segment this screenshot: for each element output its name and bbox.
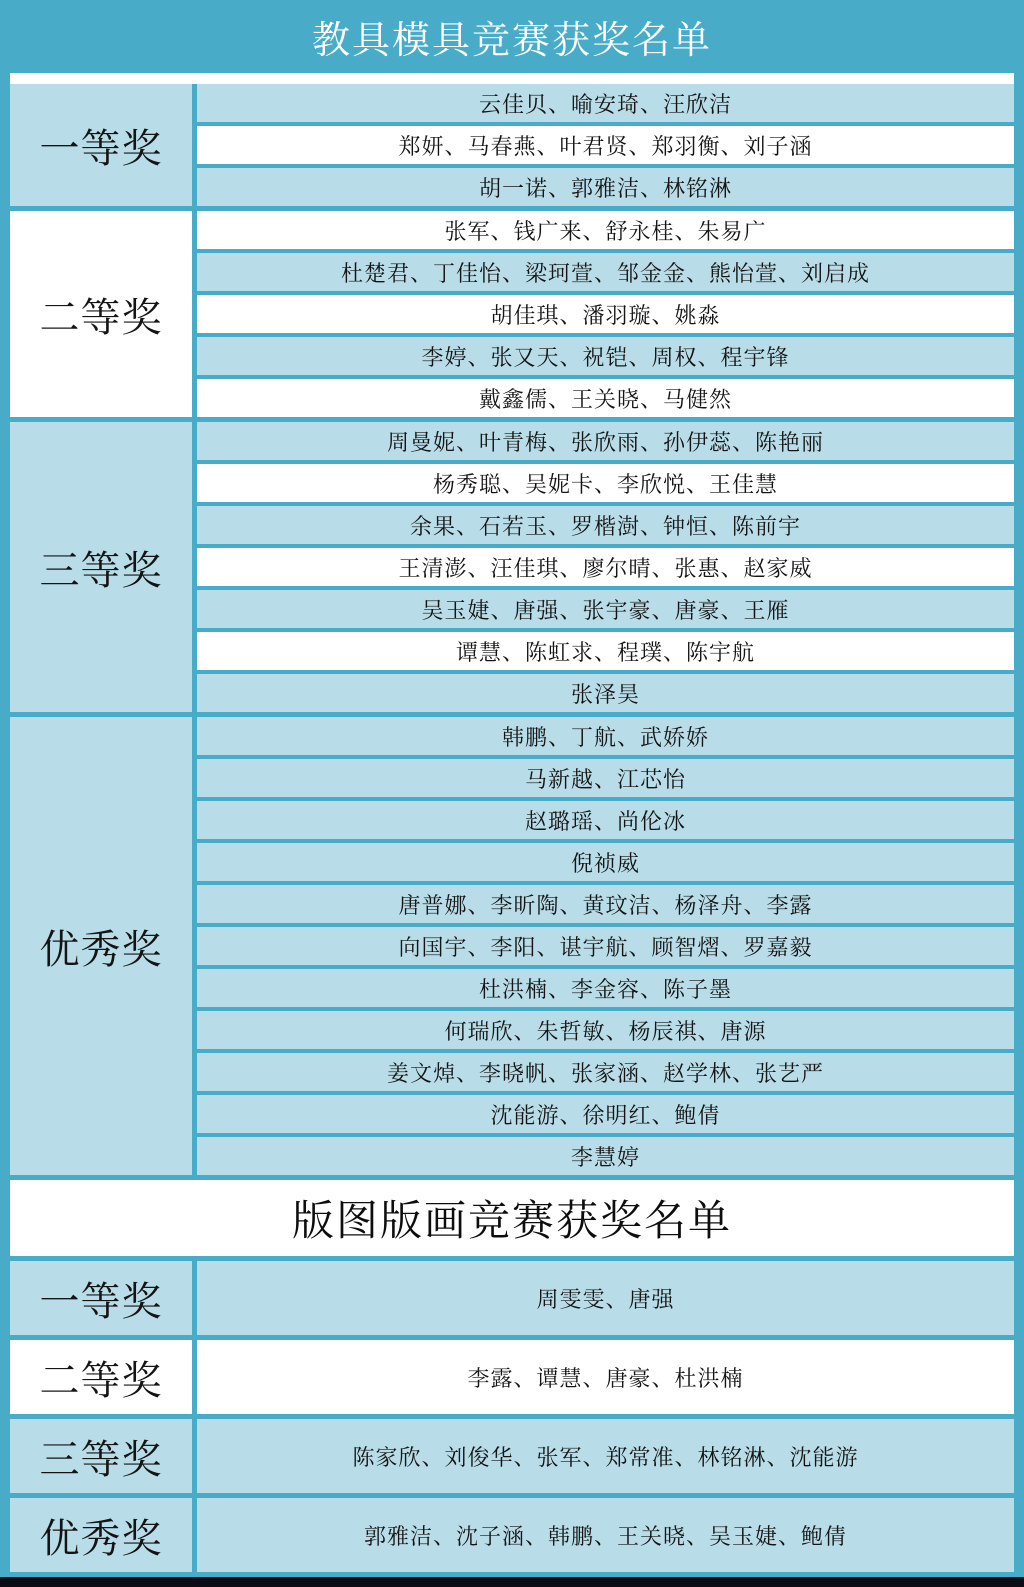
prize-section: 三等奖陈家欣、刘俊华、张军、郑常准、林铭淋、沈能游 [10,1419,1014,1493]
table-row: 沈能游、徐明红、鲍倩 [197,1095,1014,1133]
prize-section: 二等奖张军、钱广来、舒永桂、朱易广杜楚君、丁佳怡、梁珂萱、邹金金、熊怡萱、刘启成… [10,211,1014,417]
table-row: 杜洪楠、李金容、陈子墨 [197,969,1014,1007]
prize-section: 优秀奖郭雅洁、沈子涵、韩鹏、王关晓、吴玉婕、鲍倩 [10,1498,1014,1572]
prize-label: 优秀奖 [10,1498,192,1572]
table-row: 王清澎、汪佳琪、廖尔晴、张惠、赵家威 [197,548,1014,586]
table-1-body: 一等奖云佳贝、喻安琦、汪欣洁郑妍、马春燕、叶君贤、郑羽衡、刘子涵胡一诺、郭雅洁、… [10,84,1014,1175]
prize-label: 二等奖 [10,1340,192,1414]
table-row: 郭雅洁、沈子涵、韩鹏、王关晓、吴玉婕、鲍倩 [197,1498,1014,1572]
names-column: 李露、谭慧、唐豪、杜洪楠 [197,1340,1014,1414]
table-row: 赵璐瑶、尚伦冰 [197,801,1014,839]
table-row: 李婷、张又天、祝铠、周权、程宇锋 [197,337,1014,375]
table-row: 倪祯威 [197,843,1014,881]
names-column: 郭雅洁、沈子涵、韩鹏、王关晓、吴玉婕、鲍倩 [197,1498,1014,1572]
names-column: 云佳贝、喻安琦、汪欣洁郑妍、马春燕、叶君贤、郑羽衡、刘子涵胡一诺、郭雅洁、林铭淋 [197,84,1014,206]
header-gap-strip [10,73,1014,84]
table-row: 李慧婷 [197,1137,1014,1175]
table-row: 杨秀聪、吴妮卡、李欣悦、王佳慧 [197,464,1014,502]
prize-section: 一等奖云佳贝、喻安琦、汪欣洁郑妍、马春燕、叶君贤、郑羽衡、刘子涵胡一诺、郭雅洁、… [10,84,1014,206]
names-column: 韩鹏、丁航、武娇娇马新越、江芯怡赵璐瑶、尚伦冰倪祯威唐普娜、李昕陶、黄玟洁、杨泽… [197,717,1014,1175]
table-row: 姜文焯、李晓帆、张家涵、赵学林、张艺严 [197,1053,1014,1091]
table-row: 郑妍、马春燕、叶君贤、郑羽衡、刘子涵 [197,126,1014,164]
prize-section: 三等奖周曼妮、叶青梅、张欣雨、孙伊蕊、陈艳丽杨秀聪、吴妮卡、李欣悦、王佳慧余果、… [10,422,1014,712]
names-column: 周曼妮、叶青梅、张欣雨、孙伊蕊、陈艳丽杨秀聪、吴妮卡、李欣悦、王佳慧余果、石若玉… [197,422,1014,712]
table-1-title: 教具模具竞赛获奖名单 [0,0,1024,73]
table-row: 唐普娜、李昕陶、黄玟洁、杨泽舟、李露 [197,885,1014,923]
prize-label: 三等奖 [10,1419,192,1493]
table-2-body: 一等奖周雯雯、唐强二等奖李露、谭慧、唐豪、杜洪楠三等奖陈家欣、刘俊华、张军、郑常… [10,1261,1014,1572]
table-2-title: 版图版画竞赛获奖名单 [10,1180,1014,1256]
table-row: 周雯雯、唐强 [197,1261,1014,1335]
prize-label: 三等奖 [10,422,192,712]
table-row: 韩鹏、丁航、武娇娇 [197,717,1014,755]
table-row: 吴玉婕、唐强、张宇豪、唐豪、王雁 [197,590,1014,628]
award-list-sheet: 教具模具竞赛获奖名单一等奖云佳贝、喻安琦、汪欣洁郑妍、马春燕、叶君贤、郑羽衡、刘… [0,0,1024,1587]
prize-section: 优秀奖韩鹏、丁航、武娇娇马新越、江芯怡赵璐瑶、尚伦冰倪祯威唐普娜、李昕陶、黄玟洁… [10,717,1014,1175]
prize-label: 一等奖 [10,84,192,206]
table-row: 马新越、江芯怡 [197,759,1014,797]
table-row: 张军、钱广来、舒永桂、朱易广 [197,211,1014,249]
table-row: 胡佳琪、潘羽璇、姚淼 [197,295,1014,333]
table-row: 陈家欣、刘俊华、张军、郑常准、林铭淋、沈能游 [197,1419,1014,1493]
names-column: 周雯雯、唐强 [197,1261,1014,1335]
table-row: 余果、石若玉、罗楷澍、钟恒、陈前宇 [197,506,1014,544]
table-row: 张泽昊 [197,674,1014,712]
table-row: 李露、谭慧、唐豪、杜洪楠 [197,1340,1014,1414]
prize-label: 二等奖 [10,211,192,417]
prize-label: 优秀奖 [10,717,192,1175]
table-row: 杜楚君、丁佳怡、梁珂萱、邹金金、熊怡萱、刘启成 [197,253,1014,291]
table-row: 云佳贝、喻安琦、汪欣洁 [197,84,1014,122]
prize-section: 二等奖李露、谭慧、唐豪、杜洪楠 [10,1340,1014,1414]
names-column: 陈家欣、刘俊华、张军、郑常准、林铭淋、沈能游 [197,1419,1014,1493]
table-row: 周曼妮、叶青梅、张欣雨、孙伊蕊、陈艳丽 [197,422,1014,460]
table-row: 何瑞欣、朱哲敏、杨辰祺、唐源 [197,1011,1014,1049]
table-row: 谭慧、陈虹求、程璞、陈宇航 [197,632,1014,670]
table-row: 胡一诺、郭雅洁、林铭淋 [197,168,1014,206]
table-row: 戴鑫儒、王关晓、马健然 [197,379,1014,417]
names-column: 张军、钱广来、舒永桂、朱易广杜楚君、丁佳怡、梁珂萱、邹金金、熊怡萱、刘启成胡佳琪… [197,211,1014,417]
table-row: 向国宇、李阳、谌宇航、顾智熠、罗嘉毅 [197,927,1014,965]
prize-label: 一等奖 [10,1261,192,1335]
prize-section: 一等奖周雯雯、唐强 [10,1261,1014,1335]
bottom-edge-line [0,1577,1024,1587]
